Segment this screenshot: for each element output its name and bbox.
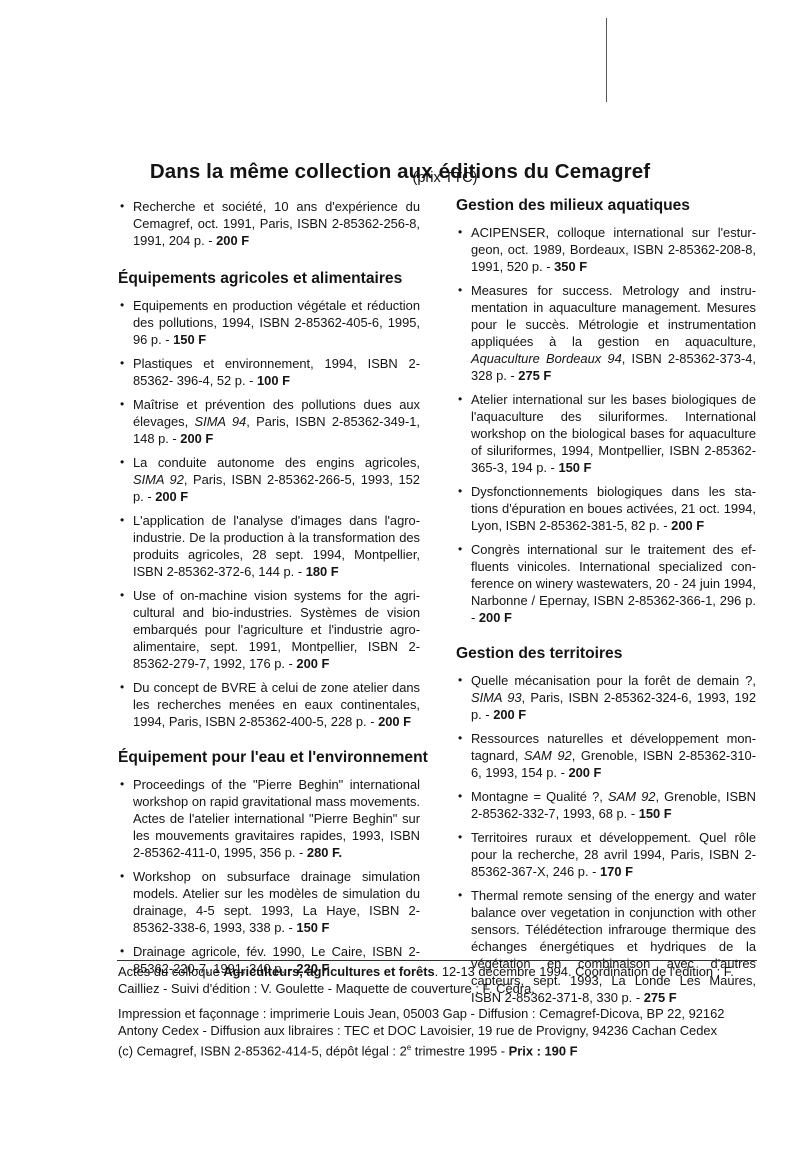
list-item: •Quelle mécanisation pour la forêt de de…	[456, 672, 756, 723]
bullet-icon: •	[458, 391, 462, 408]
item-text: Use of on-machine vision systems for the…	[133, 588, 420, 671]
bullet-icon: •	[120, 198, 124, 215]
left-column: • Recherche et société, 10 ans d'expérie…	[118, 198, 420, 995]
item-text: Dysfonctionnements biologiques dans les …	[471, 484, 756, 533]
intro-section: • Recherche et société, 10 ans d'expérie…	[118, 198, 420, 249]
footer-divider	[117, 960, 757, 961]
scan-artifact-line	[606, 18, 607, 102]
list-item: •Territoires ruraux et développement. Qu…	[456, 829, 756, 880]
list-item: •Ressources naturelles et développement …	[456, 730, 756, 781]
list-item: •Measures for success. Metrology and ins…	[456, 282, 756, 384]
item-price: 200 F	[378, 714, 411, 729]
section-heading: Gestion des milieux aquatiques	[456, 196, 756, 216]
bullet-icon: •	[120, 587, 124, 604]
item-price: 200 F	[493, 707, 526, 722]
item-price: 150 F	[173, 332, 206, 347]
bullet-icon: •	[120, 454, 124, 471]
item-text: Montagne = Qualité ?,	[471, 789, 608, 804]
event-name: SIMA 93	[471, 690, 522, 705]
bullet-icon: •	[120, 776, 124, 793]
colophon-credits: Actes du colloque Agriculteurs, agricult…	[118, 963, 758, 997]
item-price: 150 F	[639, 806, 672, 821]
list-item: •La conduite autonome des engins agricol…	[118, 454, 420, 505]
list-item: •Dysfonctionnements biologiques dans les…	[456, 483, 756, 534]
list-item: •L'application de l'analyse d'images dan…	[118, 512, 420, 580]
bullet-icon: •	[120, 679, 124, 696]
page-subtitle: (prix TTC)	[0, 170, 800, 186]
credits-text: Actes du colloque	[118, 964, 223, 979]
section-territoires: Gestion des territoires •Quelle mécanisa…	[456, 644, 756, 1006]
section-heading: Gestion des territoires	[456, 644, 756, 664]
item-text: Du concept de BVRE à celui de zone ateli…	[133, 680, 420, 729]
item-price: 150 F	[558, 460, 591, 475]
colophon-printing: Impression et façonnage : imprimerie Lou…	[118, 1005, 758, 1059]
section-milieux-aquatiques: Gestion des milieux aquatiques •ACIPENSE…	[456, 196, 756, 626]
item-price: 200 F	[216, 233, 249, 248]
list-item: • Recherche et société, 10 ans d'expérie…	[118, 198, 420, 249]
item-price: 200 F	[296, 656, 329, 671]
item-price: 200 F	[479, 610, 512, 625]
bullet-icon: •	[458, 829, 462, 846]
event-name: SAM 92	[524, 748, 572, 763]
list-item: •Proceedings of the "Pierre Beghin" inte…	[118, 776, 420, 861]
distribution-line: Antony Cedex - Diffusion aux libraires :…	[118, 1023, 717, 1038]
list-item: •ACIPENSER, colloque international sur l…	[456, 224, 756, 275]
event-name: Aquaculture Bordeaux 94	[471, 351, 622, 366]
bullet-icon: •	[458, 887, 462, 904]
section-heading: Équipements agricoles et alimentaires	[118, 269, 420, 289]
event-name: SIMA 94	[195, 414, 247, 429]
bullet-icon: •	[120, 355, 124, 372]
bullet-icon: •	[120, 512, 124, 529]
item-price: 280 F.	[307, 845, 342, 860]
bullet-icon: •	[120, 943, 124, 960]
colophon: Actes du colloque Agriculteurs, agricult…	[118, 963, 758, 1067]
bullet-icon: •	[120, 396, 124, 413]
bullet-icon: •	[458, 788, 462, 805]
item-price: 200 F	[671, 518, 704, 533]
list-item: •Du concept de BVRE à celui de zone atel…	[118, 679, 420, 730]
item-price: 200 F	[180, 431, 213, 446]
item-text: Atelier international sur les bases biol…	[471, 392, 756, 475]
copyright-line: trimestre 1995 -	[411, 1043, 508, 1058]
section-equipement-eau: Équipement pour l'eau et l'environnement…	[118, 748, 420, 977]
list-item: •Plastiques et environnement, 1994, ISBN…	[118, 355, 420, 389]
item-price: 150 F	[296, 920, 329, 935]
item-text: La conduite autonome des engins agricole…	[133, 455, 420, 470]
item-price: 170 F	[600, 864, 633, 879]
bullet-icon: •	[458, 224, 462, 241]
item-price: 350 F	[554, 259, 587, 274]
bullet-icon: •	[120, 868, 124, 885]
item-text: Workshop on subsurface drainage simulati…	[133, 869, 420, 935]
item-price: 275 F	[518, 368, 551, 383]
item-text: L'application de l'analyse d'images dans…	[133, 513, 420, 579]
item-price: 200 F	[155, 489, 188, 504]
bullet-icon: •	[458, 541, 462, 558]
event-name: SIMA 92	[133, 472, 184, 487]
copyright-line: (c) Cemagref, ISBN 2-85362-414-5, dépôt …	[118, 1043, 407, 1058]
item-text: Proceedings of the "Pierre Beghin" inter…	[133, 777, 420, 860]
item-price: 200 F	[568, 765, 601, 780]
bullet-icon: •	[458, 483, 462, 500]
item-text: Congrès international sur le traitement …	[471, 542, 756, 625]
bullet-icon: •	[120, 297, 124, 314]
right-column: Gestion des milieux aquatiques •ACIPENSE…	[456, 196, 756, 1024]
item-text: Recherche et société, 10 ans d'expérienc…	[133, 199, 420, 248]
section-equipements-agricoles: Équipements agricoles et alimentaires •E…	[118, 269, 420, 730]
colloquium-title: Agriculteurs, agricultures et forêts	[223, 964, 434, 979]
list-item: •Maîtrise et prévention des pollutions d…	[118, 396, 420, 447]
item-text: Quelle mécanisation pour la forêt de dem…	[471, 673, 756, 688]
list-item: •Equipements en production végétale et r…	[118, 297, 420, 348]
list-item: •Atelier international sur les bases bio…	[456, 391, 756, 476]
item-text: ACIPENSER, colloque international sur l'…	[471, 225, 756, 274]
item-price: 180 F	[306, 564, 339, 579]
section-heading: Équipement pour l'eau et l'environnement	[118, 748, 420, 768]
list-item: •Workshop on subsurface drainage simulat…	[118, 868, 420, 936]
book-price: Prix : 190 F	[509, 1043, 578, 1058]
bullet-icon: •	[458, 672, 462, 689]
list-item: •Use of on-machine vision systems for th…	[118, 587, 420, 672]
item-price: 100 F	[257, 373, 290, 388]
bullet-icon: •	[458, 282, 462, 299]
bullet-icon: •	[458, 730, 462, 747]
printing-line: Impression et façonnage : imprimerie Lou…	[118, 1006, 724, 1021]
list-item: •Congrès international sur le traitement…	[456, 541, 756, 626]
item-text: Measures for success. Metrology and inst…	[471, 283, 756, 349]
event-name: SAM 92	[608, 789, 655, 804]
list-item: •Montagne = Qualité ?, SAM 92, Grenoble,…	[456, 788, 756, 822]
